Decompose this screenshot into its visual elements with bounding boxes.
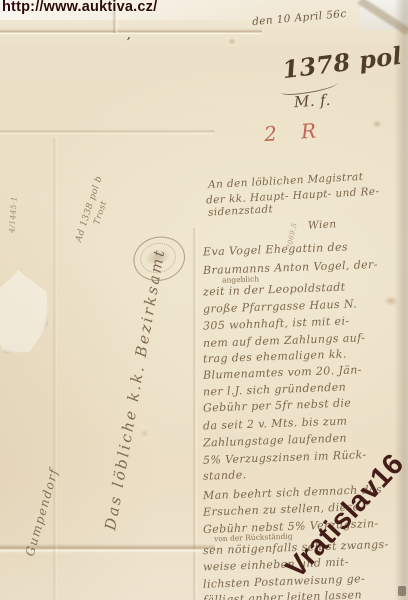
red-crayon-mark: 2 R: [263, 118, 326, 146]
age-stain: [372, 120, 382, 128]
scan-artifact: [398, 586, 406, 596]
fold-crease: [52, 138, 58, 600]
age-stain: [228, 38, 236, 45]
body-line: stande.: [203, 468, 247, 483]
fold-crease: [0, 29, 262, 35]
age-stain: [384, 296, 398, 306]
clerk-initials: M. f.: [293, 91, 331, 112]
fold-crease: [0, 129, 215, 135]
ink-mark: ʼ: [126, 36, 131, 51]
address-city: Wien: [308, 218, 337, 231]
source-url-overlay: http://www.auktiva.cz/: [2, 0, 157, 15]
age-stain: [140, 430, 149, 437]
